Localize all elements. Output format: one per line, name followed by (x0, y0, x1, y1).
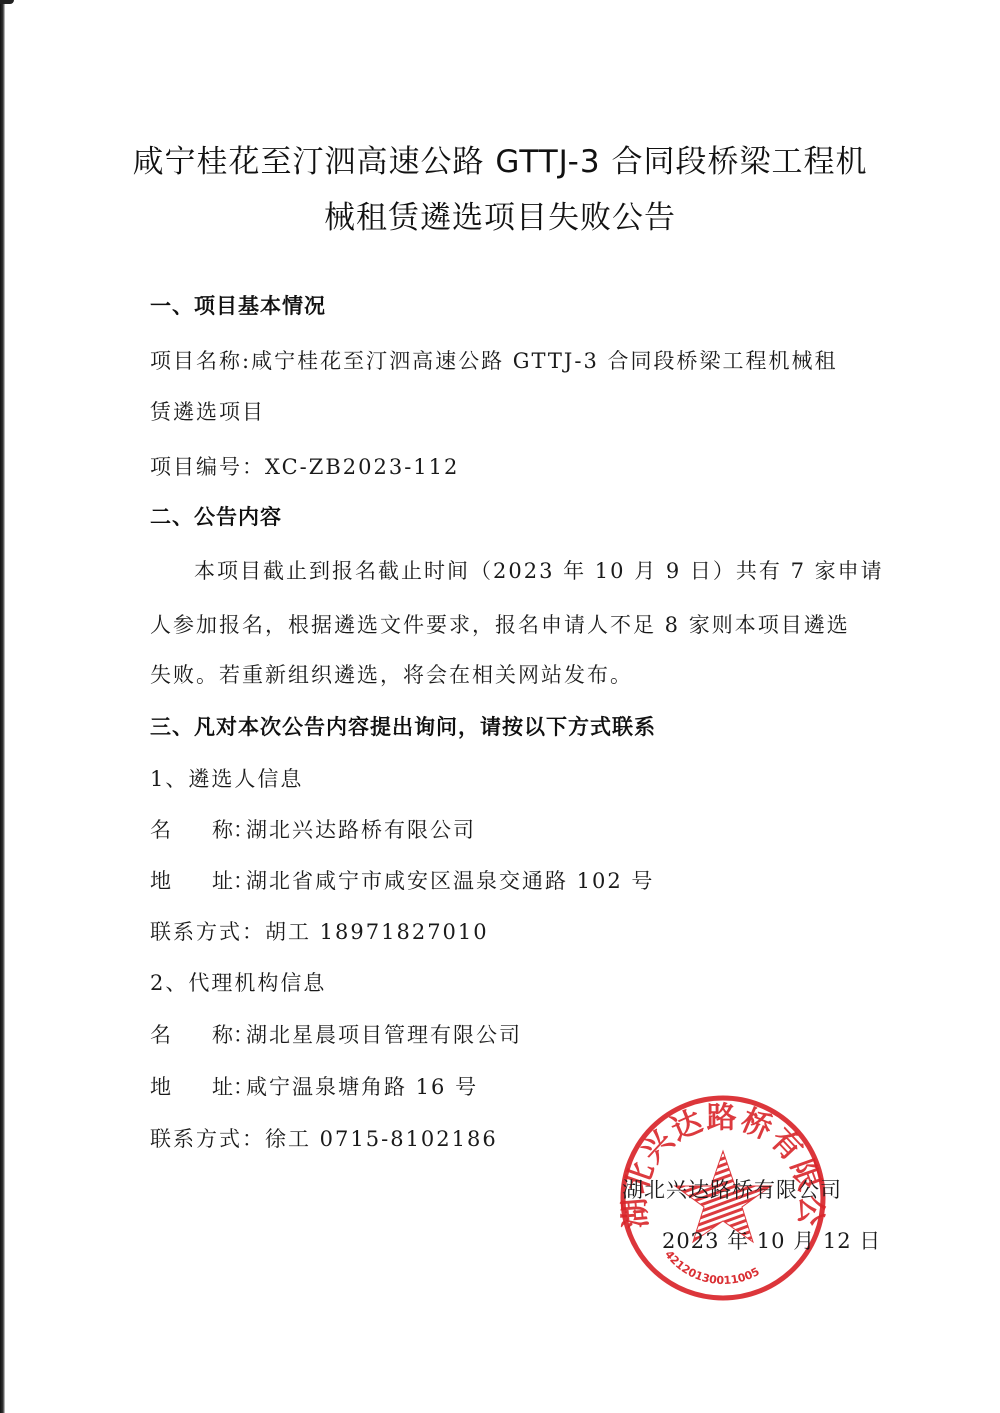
name-label: 名称： (150, 814, 246, 844)
address-label: 地址： (150, 865, 246, 895)
project-name-line-1: 项目名称:咸宁桂花至汀泗高速公路 GTTJ-3 合同段桥梁工程机械租 (150, 345, 837, 375)
signature-company: 湖北兴达路桥有限公司 (622, 1174, 842, 1204)
selector-address-value: 湖北省咸宁市咸安区温泉交通路 102 号 (246, 869, 654, 893)
name-label: 名称： (150, 1019, 246, 1049)
selector-subheading: 1、遴选人信息 (150, 763, 303, 793)
notice-page: 咸宁桂花至汀泗高速公路 GTTJ-3 合同段桥梁工程机 械租赁遴选项目失败公告 … (0, 0, 1000, 1413)
name-label-char-1: 名 (150, 1019, 212, 1049)
document-title-line-2: 械租赁遴选项目失败公告 (120, 192, 880, 237)
agency-name-row: 名称：湖北星晨项目管理有限公司 (150, 1019, 522, 1049)
announcement-para-line-1: 本项目截止到报名截止时间（2023 年 10 月 9 日）共有 7 家申请 (194, 555, 884, 585)
section-3-heading: 三、凡对本次公告内容提出询问，请按以下方式联系 (150, 711, 656, 741)
selector-name-value: 湖北兴达路桥有限公司 (246, 818, 476, 842)
signature-date: 2023 年 10 月 12 日 (662, 1225, 881, 1255)
agency-name-value: 湖北星晨项目管理有限公司 (246, 1023, 522, 1047)
announcement-para-line-3: 失败。若重新组织遴选，将会在相关网站发布。 (150, 659, 633, 689)
agency-contact: 联系方式：徐工 0715-8102186 (150, 1123, 498, 1153)
selector-name-row: 名称：湖北兴达路桥有限公司 (150, 814, 476, 844)
agency-subheading: 2、代理机构信息 (150, 967, 326, 997)
agency-address-value: 咸宁温泉塘角路 16 号 (246, 1075, 478, 1099)
announcement-para-line-2: 人参加报名，根据遴选文件要求，报名申请人不足 8 家则本项目遴选 (150, 609, 850, 639)
agency-address-row: 地址：咸宁温泉塘角路 16 号 (150, 1071, 478, 1101)
address-label-char-1: 地 (150, 1071, 212, 1101)
selector-address-row: 地址：湖北省咸宁市咸安区温泉交通路 102 号 (150, 865, 654, 895)
project-number: 项目编号：XC-ZB2023-112 (150, 451, 459, 481)
name-label-char-1: 名 (150, 814, 212, 844)
section-1-heading: 一、项目基本情况 (150, 290, 326, 320)
selector-contact: 联系方式：胡工 18971827010 (150, 916, 489, 946)
section-2-heading: 二、公告内容 (150, 501, 282, 531)
address-label: 地址： (150, 1071, 246, 1101)
document-title-line-1: 咸宁桂花至汀泗高速公路 GTTJ-3 合同段桥梁工程机 (120, 136, 880, 181)
address-label-char-1: 地 (150, 865, 212, 895)
project-name-line-2: 赁遴选项目 (150, 396, 265, 426)
